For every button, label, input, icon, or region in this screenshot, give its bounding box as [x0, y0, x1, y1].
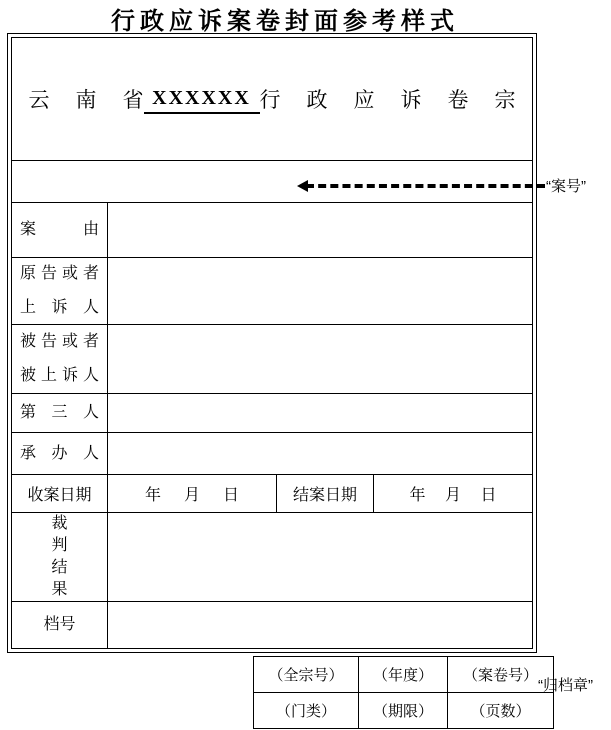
- case-number-arrow-icon: [297, 180, 545, 192]
- archive-stamp-row-1: （全宗号） （年度） （案卷号）: [254, 657, 554, 693]
- handler-row: 承 办 人: [12, 432, 532, 474]
- judgment-label-char-3: 结: [12, 557, 107, 579]
- archive-cell-page-count: （页数）: [448, 693, 554, 729]
- plaintiff-label-cell: 原 告 或 者 上 诉 人: [12, 258, 108, 324]
- open-date-day: 日: [223, 482, 239, 505]
- close-date-year: 年: [409, 482, 425, 505]
- plaintiff-label-line2: 上 诉 人: [12, 291, 107, 325]
- third-party-value-cell: [108, 394, 532, 432]
- defendant-label-cell: 被 告 或 者 被 上 诉 人: [12, 325, 108, 393]
- judgment-label-char-4: 果: [12, 579, 107, 601]
- judgment-label-char-2: 判: [12, 535, 107, 557]
- close-date-month: 月: [445, 482, 461, 505]
- plaintiff-row: 原 告 或 者 上 诉 人: [12, 257, 532, 324]
- plaintiff-value-cell: [108, 258, 532, 324]
- close-date-day: 日: [480, 482, 496, 505]
- case-cause-value-cell: [108, 203, 532, 257]
- archive-stamp-table: （全宗号） （年度） （案卷号） （门类） （期限） （页数）: [253, 656, 554, 729]
- open-date-year: 年: [145, 482, 161, 505]
- case-number-annotation: “案号”: [546, 175, 586, 196]
- open-date-label: 收案日期: [12, 475, 108, 512]
- close-date-value-cell: 年 月 日: [374, 475, 532, 512]
- file-number-row: 档号: [12, 601, 532, 648]
- third-party-label-cell: 第 三 人: [12, 394, 108, 432]
- third-party-row: 第 三 人: [12, 393, 532, 432]
- archive-cell-year: （年度）: [359, 657, 448, 693]
- cover-heading-blank-underline: XXXXXX: [144, 85, 260, 114]
- close-date-label: 结案日期: [277, 475, 374, 512]
- case-cause-label-cell: 案 由: [12, 203, 108, 257]
- open-date-month: 月: [184, 482, 200, 505]
- plaintiff-label-line1: 原 告 或 者: [12, 257, 107, 291]
- cover-heading-suffix: 行政应诉卷宗: [260, 84, 542, 114]
- defendant-row: 被 告 或 者 被 上 诉 人: [12, 324, 532, 393]
- judgment-label-char-1: 裁: [12, 513, 107, 535]
- judgment-row: 裁 判 结 果: [12, 512, 532, 601]
- judgment-label-cell: 裁 判 结 果: [12, 513, 108, 601]
- archive-stamp-annotation: “归档章”: [538, 674, 593, 695]
- page-title: 行政应诉案卷封面参考样式: [7, 1, 563, 36]
- cover-table: 云南省 XXXXXX 行政应诉卷宗 案 由 原 告 或 者 上 诉 人 被 告 …: [7, 33, 537, 653]
- file-number-value-cell: [108, 602, 532, 648]
- arrow-dash-line: [306, 184, 545, 188]
- defendant-label-line2: 被 上 诉 人: [12, 359, 107, 393]
- archive-cell-fonds-number: （全宗号）: [254, 657, 359, 693]
- defendant-label-line1: 被 告 或 者: [12, 325, 107, 359]
- open-date-value-cell: 年 月 日: [108, 475, 277, 512]
- defendant-value-cell: [108, 325, 532, 393]
- handler-value-cell: [108, 433, 532, 474]
- file-number-label: 档号: [12, 614, 107, 636]
- cover-heading-row: 云南省 XXXXXX 行政应诉卷宗: [12, 38, 532, 160]
- handler-label: 承 办 人: [12, 437, 107, 471]
- case-cause-label: 案 由: [12, 213, 107, 247]
- third-party-label: 第 三 人: [12, 396, 107, 430]
- archive-cell-category: （门类）: [254, 693, 359, 729]
- case-cause-row: 案 由: [12, 202, 532, 257]
- archive-stamp-row-2: （门类） （期限） （页数）: [254, 693, 554, 729]
- archive-cell-retention-period: （期限）: [359, 693, 448, 729]
- cover-table-inner: 云南省 XXXXXX 行政应诉卷宗 案 由 原 告 或 者 上 诉 人 被 告 …: [11, 37, 533, 649]
- file-number-label-cell: 档号: [12, 602, 108, 648]
- handler-label-cell: 承 办 人: [12, 433, 108, 474]
- dates-row: 收案日期 年 月 日 结案日期 年 月 日: [12, 474, 532, 512]
- judgment-value-cell: [108, 513, 532, 601]
